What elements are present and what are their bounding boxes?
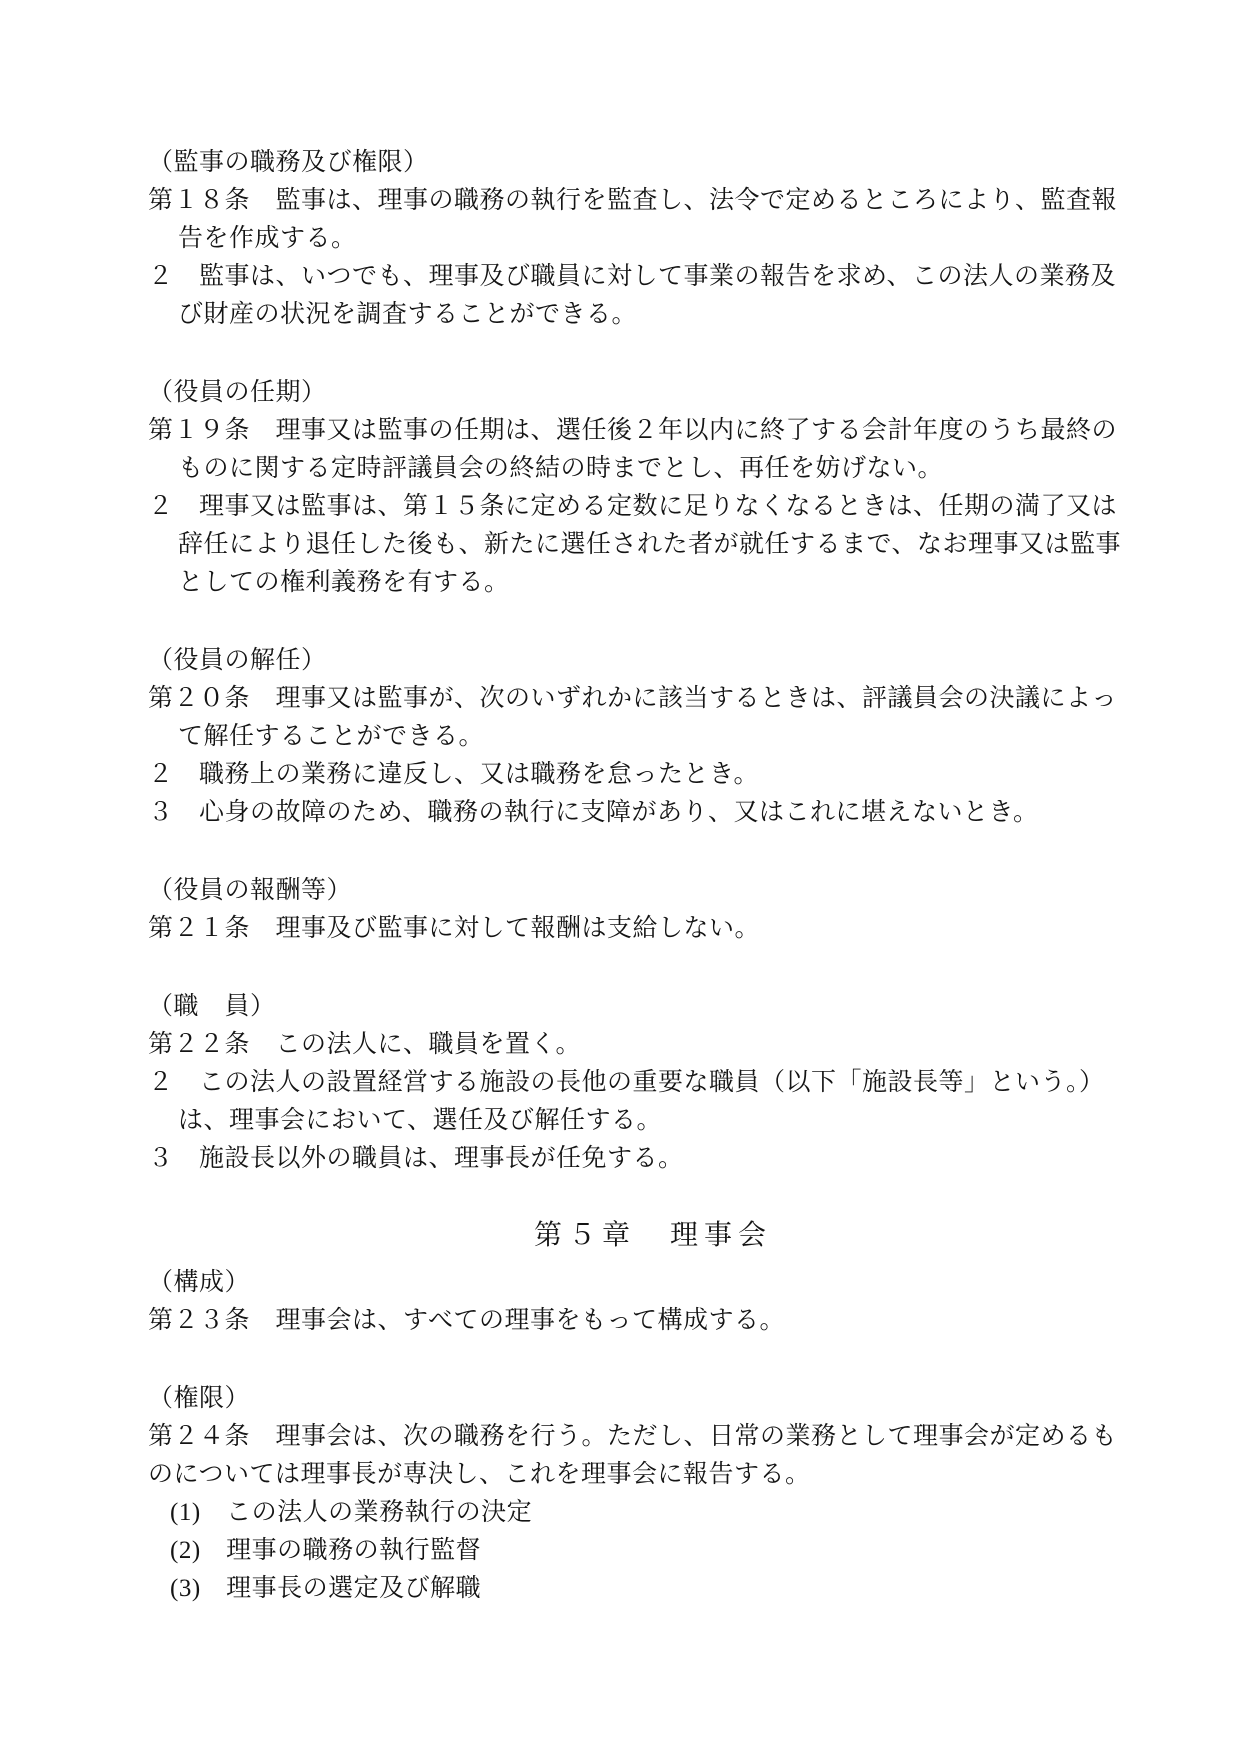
article-text-line: 第２０条 理事又は監事が、次のいずれかに該当するときは、評議員会の決議によっ — [148, 680, 1158, 718]
section-heading: （職 員） — [148, 988, 1158, 1026]
numbered-list-item: (1) この法人の業務執行の決定 — [148, 1494, 1158, 1532]
section-heading: （役員の任期） — [148, 374, 1158, 412]
numbered-list-item: (3) 理事長の選定及び解職 — [148, 1570, 1158, 1608]
article-continuation-line: ものに関する定時評議員会の終結の時までとし、再任を妨げない。 — [148, 450, 1158, 488]
article-text-line: ３ 施設長以外の職員は、理事長が任免する。 — [148, 1140, 1158, 1178]
section-heading: （監事の職務及び権限） — [148, 144, 1158, 182]
article-text-line: ２ 監事は、いつでも、理事及び職員に対して事業の報告を求め、この法人の業務及 — [148, 258, 1158, 296]
document-section: （権限）第２４条 理事会は、次の職務を行う。ただし、日常の業務として理事会が定め… — [148, 1380, 1158, 1608]
chapter-heading: 第５章 理事会 — [148, 1216, 1158, 1256]
numbered-list-item: (2) 理事の職務の執行監督 — [148, 1532, 1158, 1570]
section-heading: （役員の報酬等） — [148, 872, 1158, 910]
article-text-line: ２ 職務上の業務に違反し、又は職務を怠ったとき。 — [148, 756, 1158, 794]
document-section: （役員の報酬等）第２１条 理事及び監事に対して報酬は支給しない。 — [148, 872, 1158, 948]
document-section: （監事の職務及び権限）第１８条 監事は、理事の職務の執行を監査し、法令で定めると… — [148, 144, 1158, 334]
document-section: （職 員）第２２条 この法人に、職員を置く。２ この法人の設置経営する施設の長他… — [148, 988, 1158, 1178]
section-heading: （構成） — [148, 1264, 1158, 1302]
article-text-line: ２ この法人の設置経営する施設の長他の重要な職員（以下「施設長等」という。） — [148, 1064, 1158, 1102]
article-continuation-line: 告を作成する。 — [148, 220, 1158, 258]
article-continuation-line: は、理事会において、選任及び解任する。 — [148, 1102, 1158, 1140]
article-continuation-line: のについては理事長が専決し、これを理事会に報告する。 — [148, 1456, 1158, 1494]
document-section: （構成）第２３条 理事会は、すべての理事をもって構成する。 — [148, 1264, 1158, 1340]
article-text-line: ２ 理事又は監事は、第１５条に定める定数に足りなくなるときは、任期の満了又は — [148, 488, 1158, 526]
section-heading: （権限） — [148, 1380, 1158, 1418]
document-section: （役員の任期）第１９条 理事又は監事の任期は、選任後２年以内に終了する会計年度の… — [148, 374, 1158, 602]
article-text-line: 第２２条 この法人に、職員を置く。 — [148, 1026, 1158, 1064]
article-text-line: 第２３条 理事会は、すべての理事をもって構成する。 — [148, 1302, 1158, 1340]
article-continuation-line: 辞任により退任した後も、新たに選任された者が就任するまで、なお理事又は監事 — [148, 526, 1158, 564]
document-content: （監事の職務及び権限）第１８条 監事は、理事の職務の執行を監査し、法令で定めると… — [148, 144, 1158, 1608]
document-page: （監事の職務及び権限）第１８条 監事は、理事の職務の執行を監査し、法令で定めると… — [0, 0, 1241, 1755]
article-text-line: 第２１条 理事及び監事に対して報酬は支給しない。 — [148, 910, 1158, 948]
article-continuation-line: び財産の状況を調査することができる。 — [148, 296, 1158, 334]
article-text-line: ３ 心身の故障のため、職務の執行に支障があり、又はこれに堪えないとき。 — [148, 794, 1158, 832]
article-text-line: 第１９条 理事又は監事の任期は、選任後２年以内に終了する会計年度のうち最終の — [148, 412, 1158, 450]
article-continuation-line: て解任することができる。 — [148, 718, 1158, 756]
article-text-line: 第２４条 理事会は、次の職務を行う。ただし、日常の業務として理事会が定めるも — [148, 1418, 1158, 1456]
article-text-line: 第１８条 監事は、理事の職務の執行を監査し、法令で定めるところにより、監査報 — [148, 182, 1158, 220]
section-heading: （役員の解任） — [148, 642, 1158, 680]
article-continuation-line: としての権利義務を有する。 — [148, 564, 1158, 602]
document-section: （役員の解任）第２０条 理事又は監事が、次のいずれかに該当するときは、評議員会の… — [148, 642, 1158, 832]
